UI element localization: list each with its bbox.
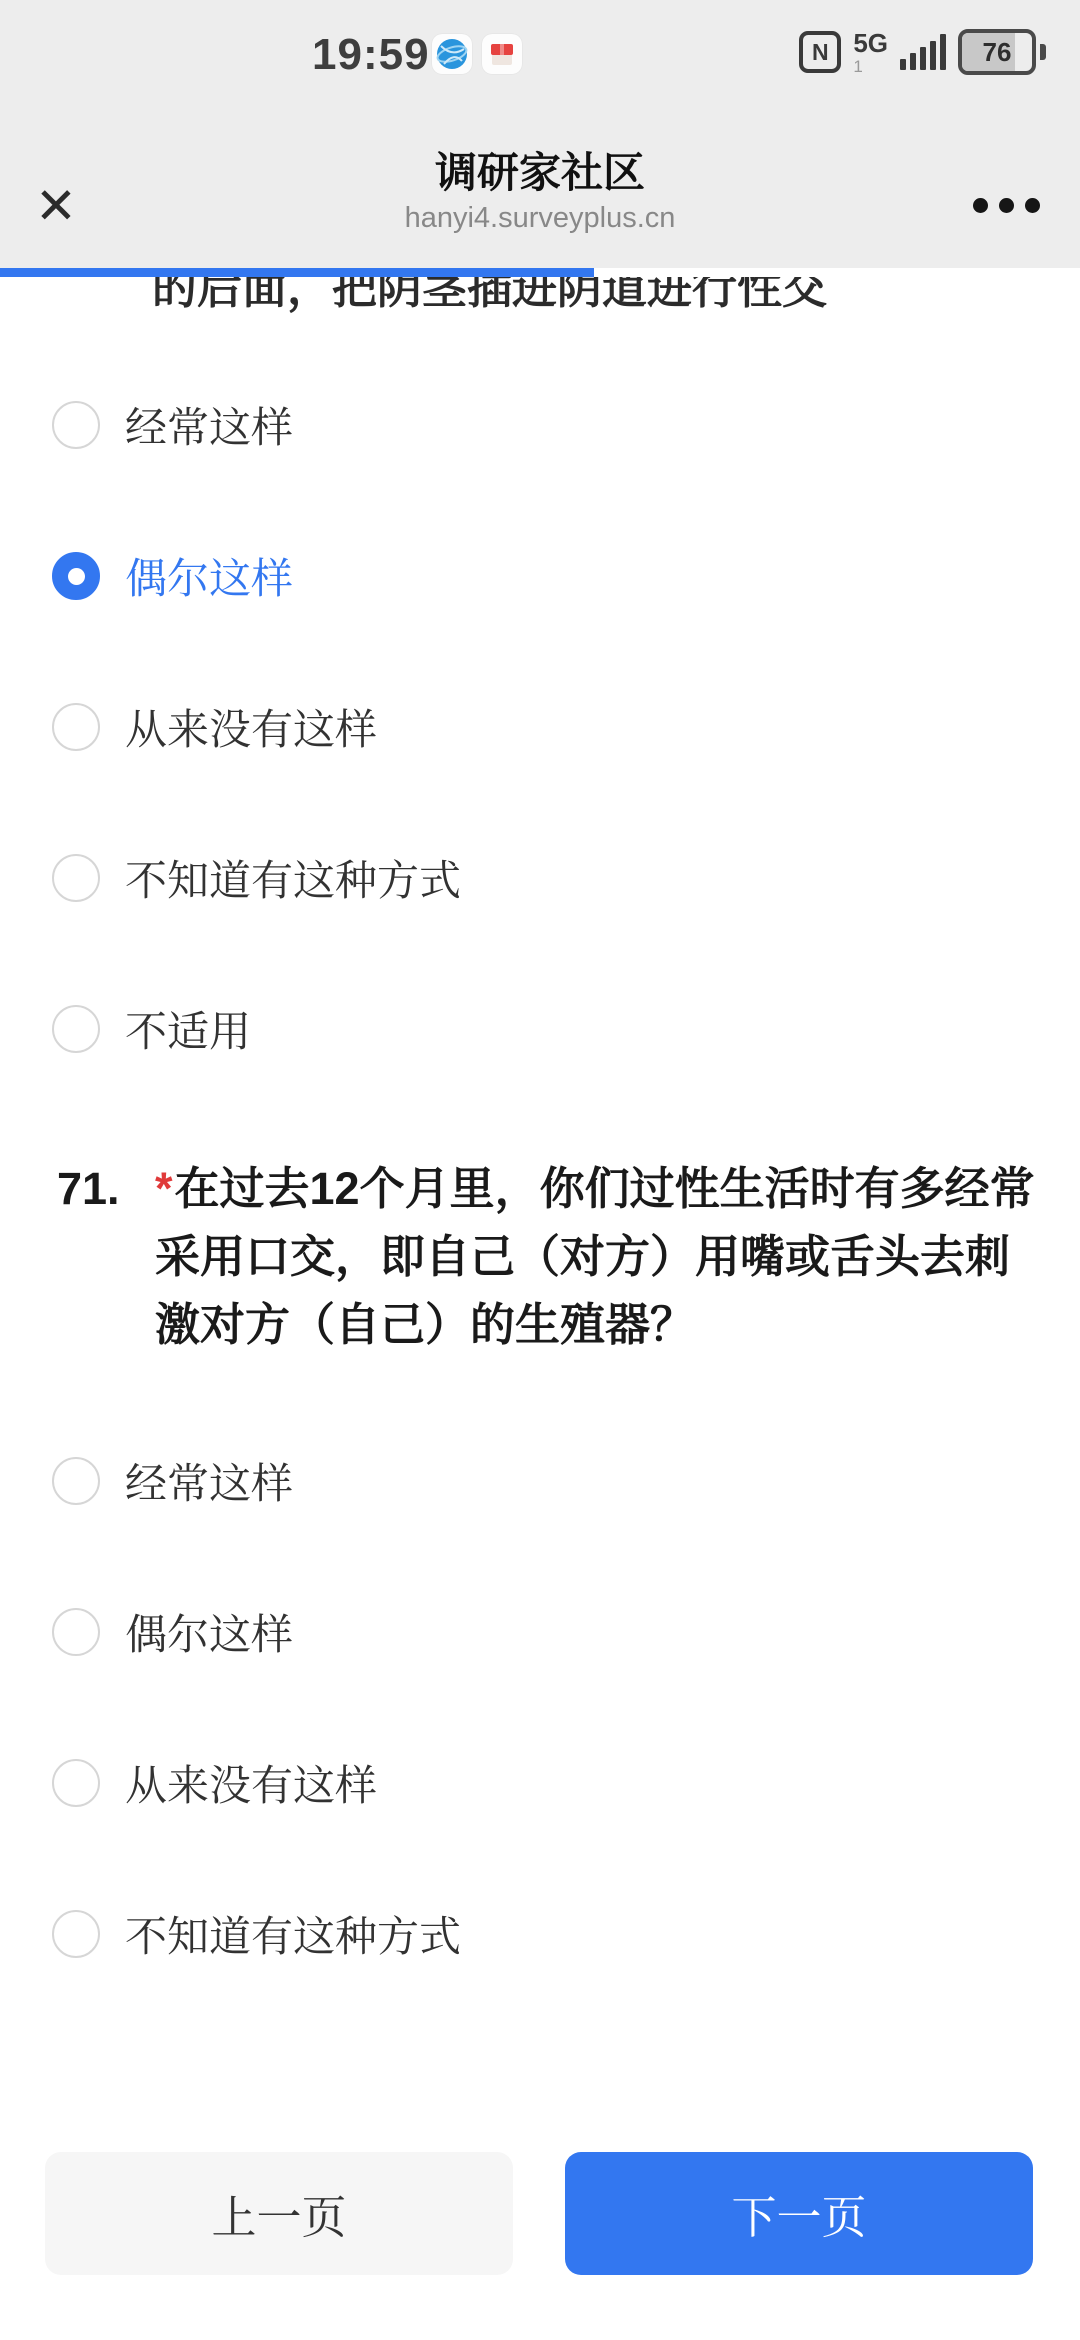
radio-option[interactable]: 从来没有这样 — [52, 702, 1080, 752]
radio-icon[interactable] — [52, 1910, 100, 1958]
radio-option[interactable]: 从来没有这样 — [52, 1758, 1080, 1808]
radio-option-label: 不知道有这种方式 — [125, 848, 461, 908]
network-indicator: 5G 1 — [853, 30, 888, 75]
radio-icon[interactable] — [52, 703, 100, 751]
webview-header: ✕ 调研家社区 hanyi4.surveyplus.cn — [0, 100, 1080, 268]
radio-option-label: 从来没有这样 — [125, 1753, 377, 1813]
sim2-indicator: 1 — [853, 58, 862, 75]
radio-option-label: 经常这样 — [125, 395, 293, 455]
radio-option-label: 从来没有这样 — [125, 697, 377, 757]
radio-icon[interactable] — [52, 1457, 100, 1505]
radio-icon[interactable] — [52, 1608, 100, 1656]
clipped-question-text: 的后面，把阴茎插进阴道进行性交 — [152, 277, 1080, 318]
status-icons: N 5G 1 76 — [799, 30, 1046, 74]
radio-icon[interactable] — [52, 1005, 100, 1053]
more-menu-icon[interactable] — [973, 198, 1040, 213]
radio-option[interactable]: 不适用 — [52, 1004, 1080, 1054]
radio-option[interactable]: 偶尔这样 — [52, 1607, 1080, 1657]
radio-option-label: 经常这样 — [125, 1451, 293, 1511]
radio-option-label: 偶尔这样 — [125, 546, 293, 606]
network-type-label: 5G — [853, 30, 888, 56]
nfc-icon: N — [799, 31, 841, 73]
required-mark: * — [155, 1163, 173, 1214]
radio-option[interactable]: 偶尔这样 — [52, 551, 1080, 601]
signal-strength-icon — [900, 34, 946, 70]
question-71: 71. *在过去12个月里，你们过性生活时有多经常采用口交，即自己（对方）用嘴或… — [57, 1155, 1080, 1359]
question-number: 71. — [57, 1155, 155, 1359]
status-bar: 19:59 N 5G 1 — [0, 0, 1080, 100]
progress-bar — [0, 268, 594, 277]
question-text: *在过去12个月里，你们过性生活时有多经常采用口交，即自己（对方）用嘴或舌头去刺… — [155, 1155, 1035, 1359]
battery-percent: 76 — [983, 37, 1012, 68]
radio-option-label: 不适用 — [125, 999, 251, 1059]
radio-option[interactable]: 经常这样 — [52, 1456, 1080, 1506]
radio-option-label: 不知道有这种方式 — [125, 1904, 461, 1964]
prev-page-button[interactable]: 上一页 — [45, 2152, 513, 2275]
next-page-button[interactable]: 下一页 — [565, 2152, 1033, 2275]
browser-app-icon — [432, 34, 472, 74]
radio-icon[interactable] — [52, 1759, 100, 1807]
radio-icon[interactable] — [52, 854, 100, 902]
red-box-icon — [485, 37, 519, 71]
battery-nub — [1040, 44, 1046, 60]
clock: 19:59 — [312, 30, 430, 80]
notification-app-icon — [482, 34, 522, 74]
radio-icon[interactable] — [52, 552, 100, 600]
survey-content: 的后面，把阴茎插进阴道进行性交 经常这样 偶尔这样 从来没有这样 不知道有这种方… — [0, 268, 1080, 2340]
page-url: hanyi4.surveyplus.cn — [0, 202, 1080, 235]
radio-option[interactable]: 不知道有这种方式 — [52, 853, 1080, 903]
radio-icon[interactable] — [52, 401, 100, 449]
battery-icon: 76 — [958, 29, 1036, 75]
page-title: 调研家社区 — [0, 140, 1080, 200]
phone-chrome: 19:59 N 5G 1 — [0, 0, 1080, 269]
globe-icon — [435, 37, 469, 71]
radio-option[interactable]: 经常这样 — [52, 400, 1080, 450]
radio-option-label: 偶尔这样 — [125, 1602, 293, 1662]
radio-option[interactable]: 不知道有这种方式 — [52, 1909, 1080, 1959]
